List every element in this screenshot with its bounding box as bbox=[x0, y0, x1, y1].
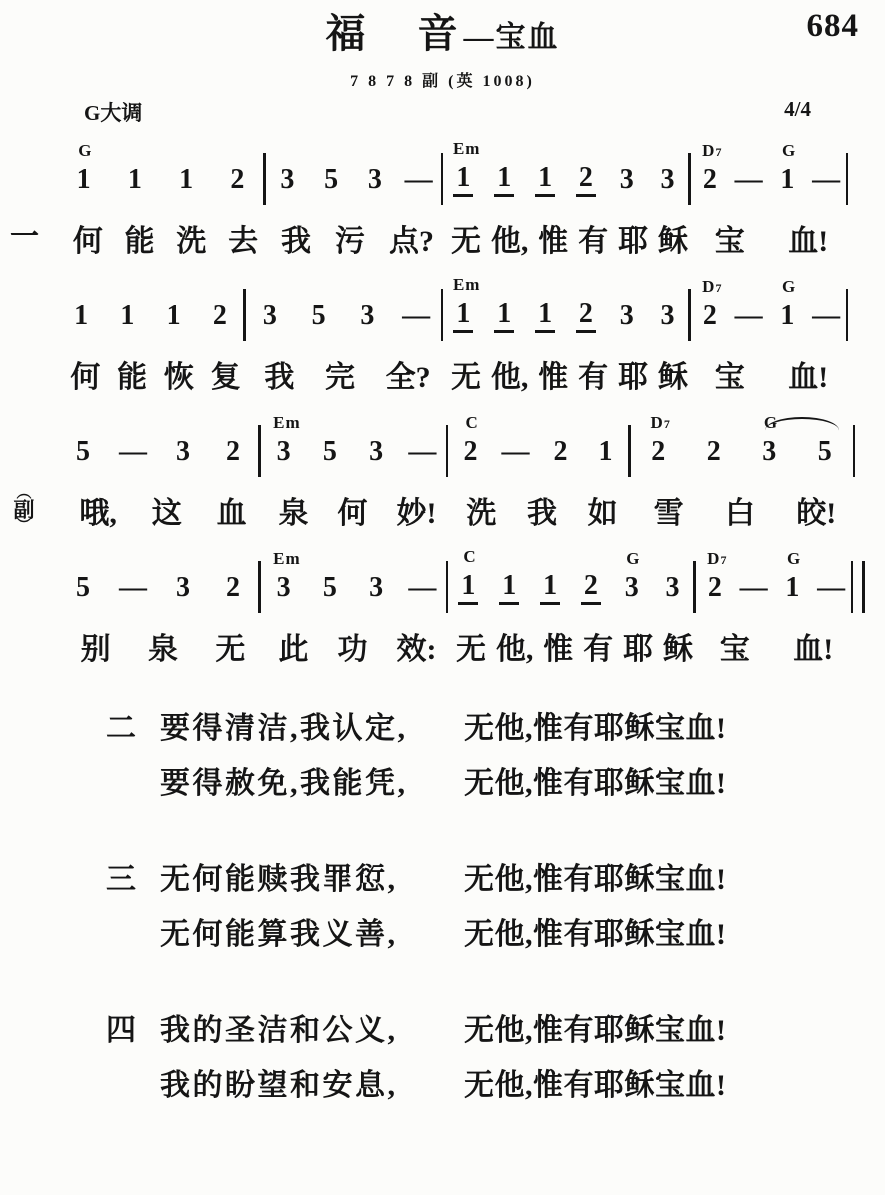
paren-top-icon: ︵ bbox=[16, 489, 31, 498]
note: 5 bbox=[323, 574, 337, 602]
note-cell: 1 bbox=[525, 300, 566, 333]
note: 3 bbox=[176, 438, 190, 466]
note-cell: 5 bbox=[309, 166, 353, 194]
note: 2 bbox=[651, 438, 665, 466]
lyric-syllable: 雪 bbox=[654, 497, 684, 532]
note-row: 1Em11233 bbox=[443, 159, 688, 201]
barline bbox=[846, 153, 849, 205]
music-system: 1112353—1Em112332D7—1G—何能恢复我完全?无他,惟有耶稣宝血… bbox=[6, 271, 885, 395]
lyric-syllable: 恢 bbox=[164, 361, 194, 396]
verse-refrain: 无他,惟有耶稣宝血! bbox=[464, 764, 727, 804]
verse-refrain: 无他,惟有耶稣宝血! bbox=[464, 860, 727, 900]
lyrics-line: 一何能洗去我污点?无他,惟有耶稣宝血! bbox=[6, 211, 885, 259]
lyric-syllable: 何 bbox=[70, 361, 100, 396]
barline bbox=[846, 289, 849, 341]
note-cell: — bbox=[493, 438, 538, 466]
hymn-title: 福 音—宝血 bbox=[0, 0, 885, 56]
note: 3 bbox=[263, 302, 277, 330]
note-cell: 2D7 bbox=[696, 574, 735, 602]
note: 3 bbox=[661, 302, 675, 330]
dash-note: — bbox=[408, 574, 436, 602]
note: 2 bbox=[464, 438, 478, 466]
note-cell: 1 bbox=[484, 164, 525, 197]
verse-phrase: 要得清洁,我认定, bbox=[160, 709, 464, 749]
note: 2 bbox=[226, 574, 240, 602]
chord-label: D7 bbox=[702, 142, 722, 159]
chorus-marker: ︵副︶ bbox=[6, 489, 62, 531]
measure: 353— bbox=[246, 271, 441, 337]
lyric-syllable: 稣 bbox=[658, 361, 688, 396]
note-cell: 2 bbox=[570, 572, 611, 605]
notes-line: 1G112353—1Em112332D7—1G— bbox=[6, 135, 885, 205]
note-row: 2D723G5 bbox=[631, 431, 853, 473]
note-cell: 5 bbox=[307, 574, 353, 602]
note-cell: 2D7 bbox=[691, 166, 730, 194]
lyric-syllable: 功 bbox=[338, 633, 368, 668]
note-cell: 2 bbox=[212, 166, 263, 194]
music-system: 5—323Em53—1C1123G32D7—1G—别泉无此功效:无他,惟有耶稣宝… bbox=[6, 543, 885, 667]
measure: 5—32 bbox=[58, 543, 258, 609]
chord-label: Em bbox=[453, 276, 481, 293]
note: 3 bbox=[176, 574, 190, 602]
note: 2 bbox=[703, 166, 717, 194]
note-cell: — bbox=[807, 166, 846, 194]
lyric-group: 无他,惟有耶稣 bbox=[446, 361, 693, 396]
note-row: 1112 bbox=[58, 295, 243, 337]
lyric-syllable: 有 bbox=[578, 225, 608, 260]
dash-note: — bbox=[740, 574, 768, 602]
note-cell: 3 bbox=[353, 438, 399, 466]
note: 1 bbox=[77, 166, 91, 194]
note: 5 bbox=[324, 166, 338, 194]
hymn-title-main: 福 音 bbox=[326, 11, 464, 56]
note-cell: 1 bbox=[58, 302, 104, 330]
verse-phrase: 无何能算我义善, bbox=[160, 915, 464, 955]
note-cell: 1G bbox=[773, 574, 812, 602]
dash-note: — bbox=[735, 166, 763, 194]
note-cell: 2 bbox=[197, 302, 243, 330]
verse-line: 四我的圣洁和公义,无他,惟有耶稣宝血! bbox=[106, 1011, 885, 1051]
note: 1 bbox=[499, 572, 519, 605]
verse-phrase: 无何能赎我罪愆, bbox=[160, 860, 464, 900]
hymn-sheet: 684 福 音—宝血 7 8 7 8 副 (英 1008) G大调 4/4 1G… bbox=[0, 0, 885, 1195]
note: 1 bbox=[599, 438, 613, 466]
lyric-group: 何能洗去 bbox=[62, 225, 269, 260]
chord-label: G bbox=[626, 550, 640, 567]
lyric-syllable: 全? bbox=[386, 361, 431, 396]
lyric-syllable: 何 bbox=[73, 225, 103, 260]
chord-label: D7 bbox=[702, 278, 722, 295]
note-row: 3Em53— bbox=[261, 431, 446, 473]
note-cell: 1G bbox=[768, 166, 807, 194]
note-cell: 5 bbox=[294, 302, 343, 330]
lyric-syllable: 惟 bbox=[538, 225, 568, 260]
note-cell: 5 bbox=[797, 438, 853, 466]
note-cell: 2 bbox=[208, 438, 258, 466]
lyric-syllable: 他, bbox=[491, 225, 529, 260]
note-cell: 2 bbox=[565, 164, 606, 197]
chord-label: C bbox=[463, 548, 476, 565]
chorus-marker-box: ︵副︶ bbox=[10, 489, 38, 531]
note: 2 bbox=[708, 574, 722, 602]
lyric-syllable: 宝 bbox=[715, 361, 745, 396]
verse-block: 四我的圣洁和公义,无他,惟有耶稣宝血!我的盼望和安息,无他,惟有耶稣宝血! bbox=[106, 1011, 885, 1106]
lyric-syllable: 我 bbox=[527, 497, 557, 532]
verse-line: 二要得清洁,我认定,无他,惟有耶稣宝血! bbox=[106, 709, 885, 749]
notes-line: 5—323Em53—2C—212D723G5 bbox=[6, 407, 885, 477]
chord-number: 7 bbox=[715, 281, 722, 295]
lyric-syllable: 如 bbox=[588, 497, 618, 532]
lyric-syllable: 无 bbox=[451, 225, 481, 260]
verses: 二要得清洁,我认定,无他,惟有耶稣宝血!要得赦免,我能凭,无他,惟有耶稣宝血!三… bbox=[0, 709, 885, 1106]
lyric-syllable: 白 bbox=[725, 497, 755, 532]
measure: 2D7—1G— bbox=[691, 135, 846, 201]
note: 3 bbox=[277, 574, 291, 602]
note-cell: 1G bbox=[768, 302, 807, 330]
lyric-group: 哦,这血 bbox=[62, 497, 264, 532]
note: 1 bbox=[780, 302, 794, 330]
note: 3 bbox=[369, 574, 383, 602]
note-row: 5—32 bbox=[58, 567, 258, 609]
note-cell: 5 bbox=[58, 438, 108, 466]
measure: 2D7—1G— bbox=[696, 543, 851, 609]
verse-number: 二 bbox=[106, 709, 160, 749]
note-cell: — bbox=[399, 438, 445, 466]
measure: 3Em53— bbox=[261, 407, 446, 473]
note: 2 bbox=[576, 164, 596, 197]
note: 3 bbox=[369, 438, 383, 466]
lyric-group: 何能恢复 bbox=[62, 361, 249, 396]
measure: 2C—21 bbox=[448, 407, 628, 473]
note-row: 2D7—1G— bbox=[696, 567, 851, 609]
note: 1 bbox=[453, 300, 473, 333]
measure: 5—32 bbox=[58, 407, 258, 473]
note-cell: 1Em bbox=[443, 164, 484, 197]
note: 5 bbox=[818, 438, 832, 466]
note-cell: 3 bbox=[158, 574, 208, 602]
chord-label: G bbox=[78, 142, 92, 159]
note: 1 bbox=[535, 300, 555, 333]
note: 3 bbox=[277, 438, 291, 466]
verse-line: 要得赦免,我能凭,无他,惟有耶稣宝血! bbox=[106, 764, 885, 804]
note: 1 bbox=[540, 572, 560, 605]
verse-block: 二要得清洁,我认定,无他,惟有耶稣宝血!要得赦免,我能凭,无他,惟有耶稣宝血! bbox=[106, 709, 885, 804]
note-row: 2C—21 bbox=[448, 431, 628, 473]
dash-note: — bbox=[735, 302, 763, 330]
note: 2 bbox=[707, 438, 721, 466]
verse-line: 三无何能赎我罪愆,无他,惟有耶稣宝血! bbox=[106, 860, 885, 900]
dash-note: — bbox=[402, 302, 430, 330]
lyric-syllable: 惟 bbox=[538, 361, 568, 396]
note-row: 1G112 bbox=[58, 159, 263, 201]
lyric-group: 我污点? bbox=[269, 225, 446, 260]
note: 3 bbox=[625, 574, 639, 602]
note: 1 bbox=[458, 572, 478, 605]
dash-note: — bbox=[817, 574, 845, 602]
note-cell: — bbox=[729, 166, 768, 194]
music-system: 1G112353—1Em112332D7—1G—一何能洗去我污点?无他,惟有耶稣… bbox=[6, 135, 885, 259]
note-cell: 1 bbox=[109, 166, 160, 194]
lyric-group: 无他,惟有耶稣 bbox=[451, 633, 698, 668]
lyric-syllable: 耶 bbox=[623, 633, 653, 668]
lyric-syllable: 血 bbox=[217, 497, 247, 532]
note: 3 bbox=[620, 166, 634, 194]
note: 1 bbox=[167, 302, 181, 330]
note: 3 bbox=[620, 302, 634, 330]
measure: 1C1123G3 bbox=[448, 543, 693, 609]
lyric-group: 宝血! bbox=[698, 633, 855, 668]
lyric-syllable: 何 bbox=[338, 497, 368, 532]
note-cell: — bbox=[397, 166, 441, 194]
lyric-syllable: 有 bbox=[578, 361, 608, 396]
note-cell: 3 bbox=[343, 302, 392, 330]
lyric-group: 别泉无 bbox=[62, 633, 264, 668]
note-cell: 3 bbox=[158, 438, 208, 466]
note-cell: 2C bbox=[448, 438, 493, 466]
meter-line: 7 8 7 8 副 (英 1008) bbox=[0, 68, 885, 91]
lyric-group: 无他,惟有耶稣 bbox=[446, 225, 693, 260]
note: 2 bbox=[226, 438, 240, 466]
verse-number: 四 bbox=[106, 1011, 160, 1051]
note: 1 bbox=[535, 164, 555, 197]
lyrics-line: ︵副︶哦,这血泉何妙!洗我如雪白皎! bbox=[6, 483, 885, 531]
note: 2 bbox=[576, 300, 596, 333]
note-cell: — bbox=[734, 574, 773, 602]
note: 1 bbox=[74, 302, 88, 330]
note-cell: 1 bbox=[151, 302, 197, 330]
note-cell: 3G bbox=[611, 574, 652, 602]
music-system: 5—323Em53—2C—212D723G5︵副︶哦,这血泉何妙!洗我如雪白皎! bbox=[6, 407, 885, 531]
lyric-syllable: 别 bbox=[81, 633, 111, 668]
final-double-barline bbox=[851, 561, 865, 613]
note-cell: — bbox=[392, 302, 441, 330]
chord-number: 7 bbox=[720, 553, 727, 567]
note-cell: 1 bbox=[530, 572, 571, 605]
lyric-syllable: 污 bbox=[335, 225, 365, 260]
note: 1 bbox=[179, 166, 193, 194]
lyric-group: 我完全? bbox=[249, 361, 446, 396]
verse-number: 三 bbox=[106, 860, 160, 900]
lyric-syllable: 能 bbox=[125, 225, 155, 260]
note-cell: 3Em bbox=[261, 438, 307, 466]
verse-block: 三无何能赎我罪愆,无他,惟有耶稣宝血!无何能算我义善,无他,惟有耶稣宝血! bbox=[106, 860, 885, 955]
dash-note: — bbox=[812, 302, 840, 330]
chord-label: G bbox=[787, 550, 801, 567]
note-cell: 1 bbox=[484, 300, 525, 333]
note-cell: 5 bbox=[307, 438, 353, 466]
note-cell: 3 bbox=[353, 166, 397, 194]
key-signature: G大调 bbox=[84, 97, 142, 127]
note: 2 bbox=[554, 438, 568, 466]
lyric-syllable: 无 bbox=[215, 633, 245, 668]
note-cell: 3 bbox=[652, 574, 693, 602]
music-notation: 1G112353—1Em112332D7—1G—一何能洗去我污点?无他,惟有耶稣… bbox=[0, 127, 885, 667]
lyric-syllable: 完 bbox=[325, 361, 355, 396]
lyric-syllable: 耶 bbox=[618, 225, 648, 260]
verse-marker bbox=[6, 391, 62, 395]
note: 1 bbox=[780, 166, 794, 194]
note: 2 bbox=[703, 302, 717, 330]
measure: 2D7—1G— bbox=[691, 271, 846, 337]
lyric-syllable: 复 bbox=[211, 361, 241, 396]
lyric-syllable: 泉 bbox=[279, 497, 309, 532]
note: 5 bbox=[323, 438, 337, 466]
lyric-syllable: 洗 bbox=[176, 225, 206, 260]
chord-label: C bbox=[465, 414, 478, 431]
note: 3 bbox=[666, 574, 680, 602]
note-cell: — bbox=[108, 438, 158, 466]
dash-note: — bbox=[119, 438, 147, 466]
dash-note: — bbox=[119, 574, 147, 602]
note-cell: 1Em bbox=[443, 300, 484, 333]
lyric-syllable: 有 bbox=[583, 633, 613, 668]
measure: 1Em11233 bbox=[443, 271, 688, 337]
lyric-syllable: 点? bbox=[389, 225, 434, 260]
dash-note: — bbox=[812, 166, 840, 194]
note-cell: — bbox=[807, 302, 846, 330]
lyric-syllable: 这 bbox=[152, 497, 182, 532]
chord-label: G bbox=[782, 278, 796, 295]
lyric-syllable: 他, bbox=[491, 361, 529, 396]
lyrics-line: 何能恢复我完全?无他,惟有耶稣宝血! bbox=[6, 347, 885, 395]
lyric-group: 洗我如 bbox=[451, 497, 633, 532]
note-row: 1C1123G3 bbox=[448, 567, 693, 609]
note-cell: 3 bbox=[266, 166, 310, 194]
note-cell: 3 bbox=[606, 166, 647, 194]
note-cell: 2 bbox=[686, 438, 742, 466]
lyric-syllable: 去 bbox=[228, 225, 258, 260]
note-row: 2D7—1G— bbox=[691, 295, 846, 337]
note-cell: 3G bbox=[742, 438, 798, 466]
note-cell: 2D7 bbox=[631, 438, 687, 466]
measure: 1G112 bbox=[58, 135, 263, 201]
lyric-syllable: 皎! bbox=[796, 497, 836, 532]
measure: 1Em11233 bbox=[443, 135, 688, 201]
note-row: 1Em11233 bbox=[443, 295, 688, 337]
lyric-syllable: 我 bbox=[264, 361, 294, 396]
note: 1 bbox=[494, 300, 514, 333]
note-cell: — bbox=[812, 574, 851, 602]
verse-line: 无何能算我义善,无他,惟有耶稣宝血! bbox=[106, 915, 885, 955]
lyric-group: 宝血! bbox=[693, 225, 850, 260]
note: 1 bbox=[494, 164, 514, 197]
note: 3 bbox=[368, 166, 382, 194]
measure: 353— bbox=[266, 135, 441, 201]
verse-marker bbox=[6, 663, 62, 667]
note: 3 bbox=[360, 302, 374, 330]
note-row: 5—32 bbox=[58, 431, 258, 473]
time-signature: 4/4 bbox=[784, 97, 811, 127]
lyric-syllable: 稣 bbox=[658, 225, 688, 260]
lyric-syllable: 无 bbox=[456, 633, 486, 668]
lyric-syllable: 血! bbox=[793, 633, 833, 668]
measure: 3Em53— bbox=[261, 543, 446, 609]
note-row: 3Em53— bbox=[261, 567, 446, 609]
note-cell: 1 bbox=[104, 302, 150, 330]
chord-number: 7 bbox=[664, 417, 671, 431]
lyric-group: 宝血! bbox=[693, 361, 850, 396]
note-cell: 3 bbox=[647, 302, 688, 330]
note: 2 bbox=[213, 302, 227, 330]
key-time-row: G大调 4/4 bbox=[0, 91, 885, 127]
note-cell: 3 bbox=[246, 302, 295, 330]
barline bbox=[853, 425, 856, 477]
note-cell: — bbox=[399, 574, 445, 602]
note-cell: — bbox=[729, 302, 768, 330]
note-cell: 5 bbox=[58, 574, 108, 602]
notes-line: 5—323Em53—1C1123G32D7—1G— bbox=[6, 543, 885, 613]
note-cell: 1 bbox=[161, 166, 212, 194]
note-row: 353— bbox=[266, 159, 441, 201]
lyric-syllable: 妙! bbox=[397, 497, 437, 532]
note-cell: — bbox=[108, 574, 158, 602]
lyric-syllable: 宝 bbox=[720, 633, 750, 668]
lyric-syllable: 我 bbox=[281, 225, 311, 260]
note-row: 2D7—1G— bbox=[691, 159, 846, 201]
verse-line: 我的盼望和安息,无他,惟有耶稣宝血! bbox=[106, 1066, 885, 1106]
note: 1 bbox=[120, 302, 134, 330]
measure: 2D723G5 bbox=[631, 407, 853, 473]
note-cell: 2 bbox=[565, 300, 606, 333]
lyric-group: 此功效: bbox=[264, 633, 451, 668]
verse-marker: 一 bbox=[6, 214, 62, 259]
chord-label: G bbox=[782, 142, 796, 159]
note-cell: 3 bbox=[647, 166, 688, 194]
note: 5 bbox=[76, 438, 90, 466]
lyric-syllable: 稣 bbox=[663, 633, 693, 668]
chord-label: Em bbox=[453, 140, 481, 157]
lyric-syllable: 能 bbox=[117, 361, 147, 396]
note: 5 bbox=[76, 574, 90, 602]
note-cell: 1 bbox=[525, 164, 566, 197]
lyric-group: 雪白皎! bbox=[633, 497, 857, 532]
hymn-title-sub: —宝血 bbox=[464, 21, 560, 54]
note-row: 353— bbox=[246, 295, 441, 337]
chord-label: Em bbox=[273, 414, 301, 431]
verse-refrain: 无他,惟有耶稣宝血! bbox=[464, 1011, 727, 1051]
note: 1 bbox=[785, 574, 799, 602]
lyric-syllable: 效: bbox=[397, 633, 437, 668]
note-cell: 1 bbox=[583, 438, 628, 466]
lyric-syllable: 此 bbox=[279, 633, 309, 668]
measure: 1112 bbox=[58, 271, 243, 337]
lyric-syllable: 血! bbox=[788, 361, 828, 396]
lyric-syllable: 耶 bbox=[618, 361, 648, 396]
verse-phrase: 要得赦免,我能凭, bbox=[160, 764, 464, 804]
verse-phrase: 我的盼望和安息, bbox=[160, 1066, 464, 1106]
lyric-syllable: 无 bbox=[451, 361, 481, 396]
notes-line: 1112353—1Em112332D7—1G— bbox=[6, 271, 885, 341]
note-cell: 3 bbox=[606, 302, 647, 330]
note: 3 bbox=[661, 166, 675, 194]
lyric-syllable: 洗 bbox=[466, 497, 496, 532]
lyric-syllable: 惟 bbox=[543, 633, 573, 668]
dash-note: — bbox=[408, 438, 436, 466]
note-cell: 3Em bbox=[261, 574, 307, 602]
note-cell: 2 bbox=[208, 574, 258, 602]
page-number: 684 bbox=[807, 8, 860, 45]
lyric-syllable: 他, bbox=[496, 633, 534, 668]
verse-refrain: 无他,惟有耶稣宝血! bbox=[464, 1066, 727, 1106]
note-cell: 3 bbox=[353, 574, 399, 602]
chord-number: 7 bbox=[715, 145, 722, 159]
dash-note: — bbox=[405, 166, 433, 194]
chord-label: D7 bbox=[651, 414, 671, 431]
lyric-syllable: 血! bbox=[788, 225, 828, 260]
lyric-syllable: 宝 bbox=[715, 225, 745, 260]
chord-label: Em bbox=[273, 550, 301, 567]
note-cell: 1 bbox=[489, 572, 530, 605]
